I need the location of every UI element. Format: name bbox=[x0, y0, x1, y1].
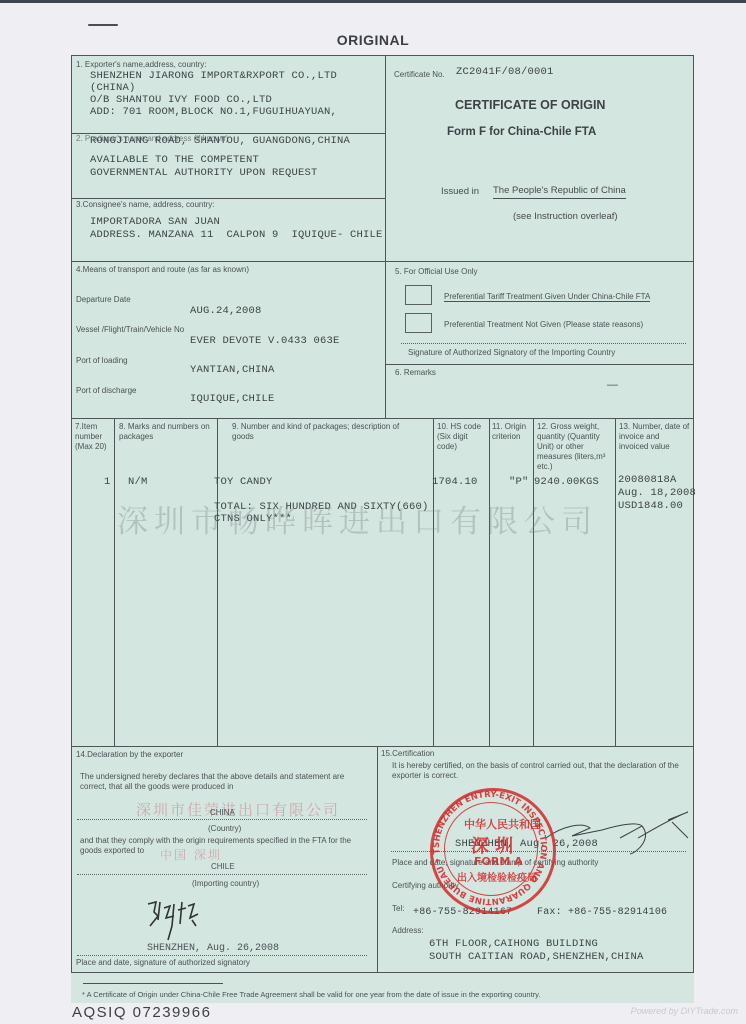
original-label: ORIGINAL bbox=[0, 32, 746, 48]
exporter-place-date-label: Place and date, signature of authorized … bbox=[76, 958, 250, 968]
port-discharge-value: IQUIQUE,CHILE bbox=[190, 393, 275, 405]
box14-label: 14.Declaration by the exporter bbox=[76, 750, 183, 760]
box6-label: 6. Remarks bbox=[395, 368, 436, 378]
cell-gross-weight: 9240.00KGS bbox=[534, 476, 599, 488]
certifier-address-line: 6TH FLOOR,CAIHONG BUILDING bbox=[429, 938, 598, 950]
cell-hs-code: 1704.10 bbox=[432, 476, 478, 488]
divider-box14-box15 bbox=[377, 746, 378, 972]
header-hs-code: 10. HS code (Six digit code) bbox=[437, 422, 487, 452]
certification-text: It is hereby certified, on the basis of … bbox=[392, 761, 682, 781]
cell-item: 1 bbox=[104, 476, 111, 488]
col-divider bbox=[615, 418, 616, 746]
certifier-address-line: SOUTH CAITIAN ROAD,SHENZHEN,CHINA bbox=[429, 951, 644, 963]
box2-label: 2. Producer's name and address (if known… bbox=[76, 134, 228, 144]
box3-label: 3.Consignee's name, address, country: bbox=[76, 200, 215, 210]
vessel-value: EVER DEVOTE V.0433 063E bbox=[190, 335, 340, 347]
vessel-label: Vessel /Flight/Train/Vehicle No bbox=[76, 325, 184, 335]
certifier-signature bbox=[542, 808, 692, 858]
chop-stamp-small: 中国 深圳 bbox=[160, 846, 222, 863]
top-edge-bar bbox=[0, 0, 746, 3]
serial-number: AQSIQ 07239966 bbox=[72, 1004, 211, 1021]
declaration-text: The undersigned hereby declares that the… bbox=[80, 772, 372, 792]
country-value: CHINA bbox=[210, 808, 235, 818]
cell-marks: N/M bbox=[128, 476, 148, 488]
tel-label: Tel: bbox=[392, 904, 404, 914]
box15-label: 15.Certification bbox=[381, 749, 434, 759]
departure-date-label: Departure Date bbox=[76, 295, 131, 305]
col-divider bbox=[433, 418, 434, 746]
certificate-form: 1. Exporter's name,address, country: SHE… bbox=[71, 55, 694, 973]
seal-form: FORM A bbox=[474, 855, 523, 868]
company-watermark: 深圳市畅晔晖进出口有限公司 bbox=[117, 496, 598, 541]
cell-invoice-no: 20080818A bbox=[618, 474, 677, 486]
port-discharge-label: Port of discharge bbox=[76, 386, 136, 396]
col-divider bbox=[489, 418, 490, 746]
exporter-place-date: SHENZHEN, Aug. 26,2008 bbox=[147, 944, 279, 954]
exporter-line: SHENZHEN JIARONG IMPORT&RXPORT CO.,LTD bbox=[90, 70, 337, 82]
validity-footnote: * A Certificate of Origin under China-Ch… bbox=[82, 990, 540, 999]
exporter-line: O/B SHANTOU IVY FOOD CO.,LTD bbox=[90, 94, 272, 106]
cell-description: TOY CANDY bbox=[214, 476, 273, 488]
company-chop-stamp: 深圳市佳荣进出口有限公司 bbox=[136, 799, 340, 820]
divider-box2-box3 bbox=[72, 198, 385, 199]
divider-box3-box4 bbox=[72, 261, 693, 262]
country-label: (Country) bbox=[208, 824, 241, 834]
issued-in-label: Issued in bbox=[441, 186, 479, 197]
comply-text: and that they comply with the origin req… bbox=[80, 836, 372, 856]
header-invoice: 13. Number, date of invoice and invoiced… bbox=[619, 422, 691, 452]
consignee-line: ADDRESS. MANZANA 11 CALPON 9 IQUIQUE- CH… bbox=[90, 229, 383, 241]
cell-invoice-date: Aug. 18,2008 bbox=[618, 487, 696, 499]
cell-invoice-value: USD1848.00 bbox=[618, 500, 683, 512]
powered-by-link[interactable]: Powered by DIYTrade.com bbox=[631, 1006, 738, 1016]
instruction-note: (see Instruction overleaf) bbox=[513, 211, 618, 222]
issued-in-value: The People's Republic of China bbox=[493, 185, 626, 199]
tariff-given-label: Preferential Tariff Treatment Given Unde… bbox=[444, 292, 650, 302]
importing-country-label: (Importing country) bbox=[192, 879, 259, 889]
exporter-line: ADD: 701 ROOM,BLOCK NO.1,FUGUIHUAYUAN, bbox=[90, 106, 337, 118]
country-line bbox=[77, 819, 367, 820]
header-item-number: 7.Item number (Max 20) bbox=[75, 422, 113, 452]
certificate-no-value: ZC2041F/08/0001 bbox=[456, 66, 554, 78]
cell-origin: "P" bbox=[509, 476, 529, 488]
certificate-title: CERTIFICATE OF ORIGIN bbox=[455, 98, 605, 112]
port-loading-label: Port of loading bbox=[76, 356, 128, 366]
departure-date-value: AUG.24,2008 bbox=[190, 305, 262, 317]
box4-label: 4.Means of transport and route (as far a… bbox=[76, 265, 249, 275]
tariff-not-given-checkbox[interactable] bbox=[405, 313, 432, 333]
col-divider bbox=[533, 418, 534, 746]
header-marks: 8. Marks and numbers on packages bbox=[119, 422, 215, 442]
divider-box5-box6 bbox=[385, 364, 693, 365]
importing-signature-label: Signature of Authorized Signatory of the… bbox=[408, 348, 615, 358]
seal-cn-bottom: 出入境检验检疫局 bbox=[457, 869, 537, 884]
address-label: Address: bbox=[392, 926, 424, 936]
box5-label: 5. For Official Use Only bbox=[395, 267, 478, 277]
producer-line: GOVERNMENTAL AUTHORITY UPON REQUEST bbox=[90, 167, 318, 179]
footnote-rule bbox=[83, 983, 223, 984]
signature-line bbox=[401, 343, 686, 344]
seal-cn-top: 中华人民共和国 bbox=[464, 816, 541, 832]
divider-table-bottom bbox=[72, 746, 693, 747]
box1-label: 1. Exporter's name,address, country: bbox=[76, 60, 206, 70]
exporter-sign-line bbox=[77, 955, 367, 956]
certificate-no-label: Certificate No. bbox=[394, 70, 445, 80]
tariff-not-given-label: Preferential Treatment Not Given (Please… bbox=[444, 320, 643, 330]
tariff-given-checkbox[interactable] bbox=[405, 285, 432, 305]
header-description: 9. Number and kind of packages; descript… bbox=[232, 422, 422, 442]
exporter-line: (CHINA) bbox=[90, 82, 136, 94]
tel-value: +86-755-82914167 Fax: +86-755-82914106 bbox=[413, 907, 667, 919]
exporter-signature bbox=[144, 896, 204, 946]
col-divider bbox=[114, 418, 115, 746]
importing-country-value: CHILE bbox=[211, 862, 235, 872]
tariff-given-text: Preferential Tariff Treatment Given Unde… bbox=[444, 292, 650, 302]
divider-table-top bbox=[72, 418, 693, 419]
remarks-value: — bbox=[607, 380, 618, 390]
importing-country-line bbox=[77, 874, 367, 875]
consignee-line: IMPORTADORA SAN JUAN bbox=[90, 216, 220, 228]
col-divider bbox=[217, 418, 218, 746]
port-loading-value: YANTIAN,CHINA bbox=[190, 364, 275, 376]
header-origin: 11. Origin criterion bbox=[492, 422, 532, 442]
producer-line: AVAILABLE TO THE COMPETENT bbox=[90, 154, 259, 166]
certificate-subtitle: Form F for China-Chile FTA bbox=[447, 126, 596, 138]
dash-mark bbox=[88, 24, 118, 26]
header-gross-weight: 12. Gross weight, quantity (Quantity Uni… bbox=[537, 422, 614, 472]
